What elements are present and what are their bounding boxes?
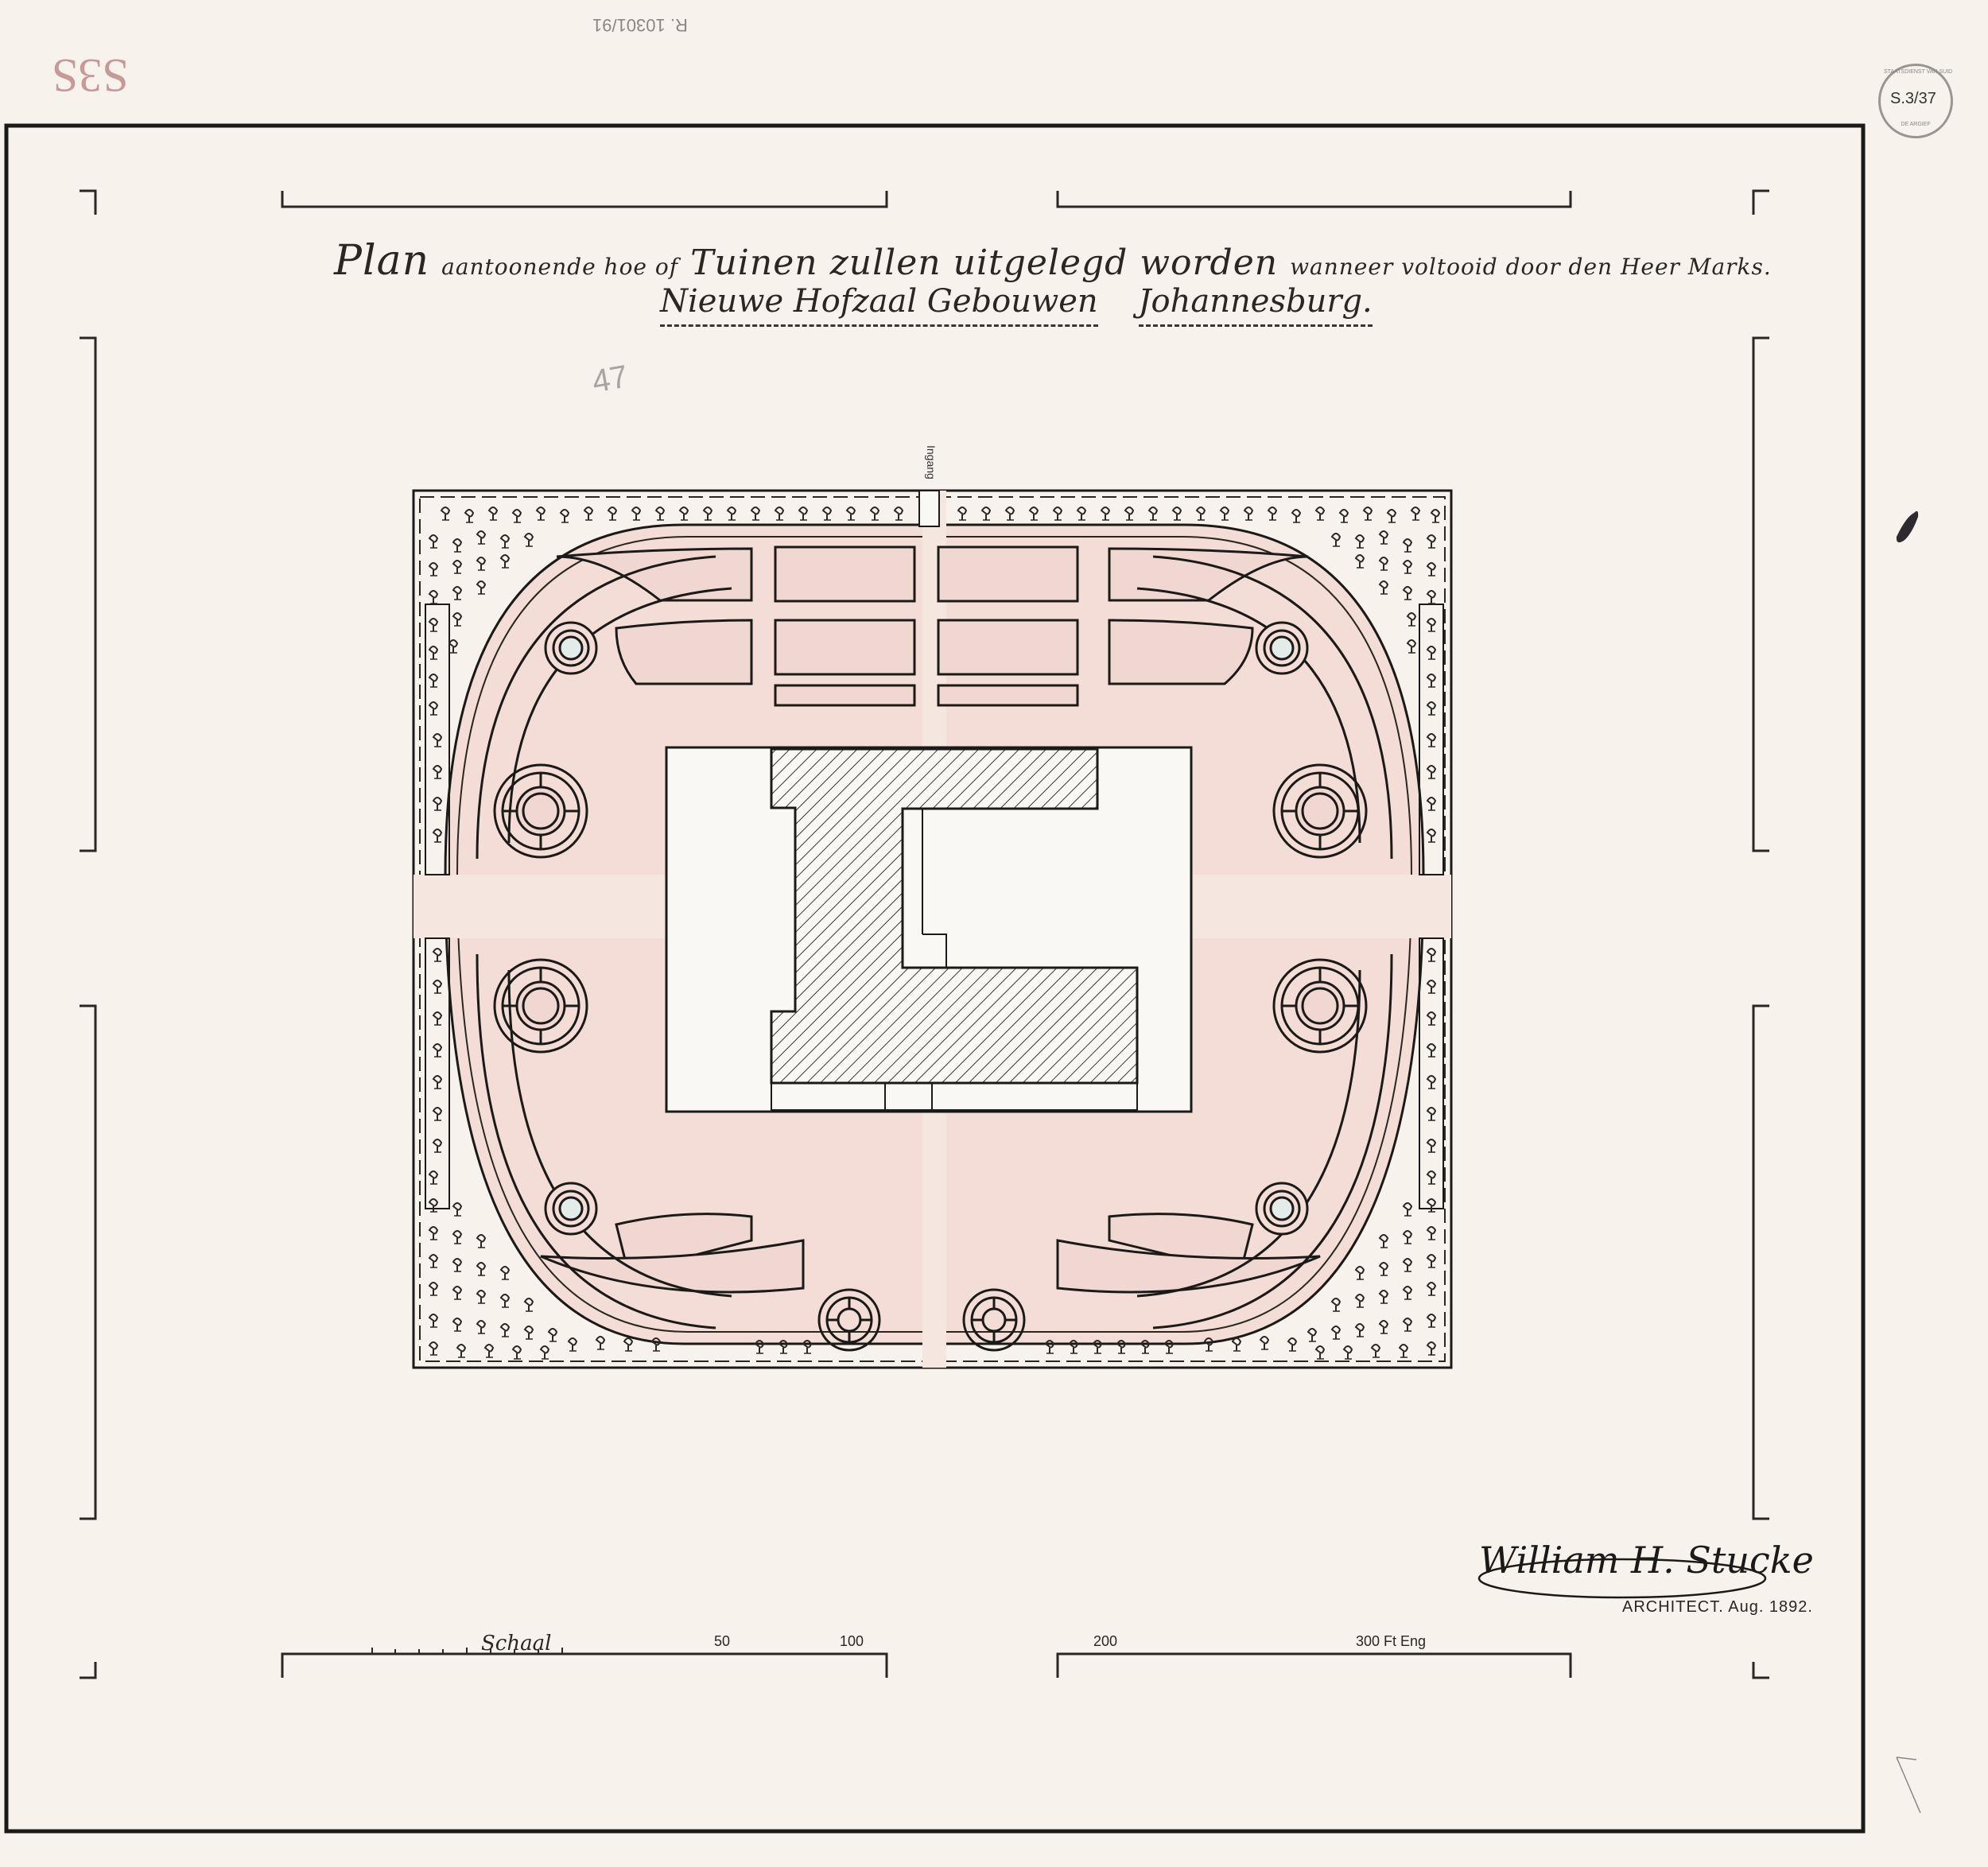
stamp-ring-text-bottom: DE ARGIEF <box>1884 122 1947 127</box>
archive-reference: R. 10301/91 <box>592 14 688 35</box>
title-city: Johannesburg. <box>1139 283 1373 327</box>
red-pencil-number: S3S <box>52 48 129 103</box>
stamp-ring-text-top: STAATSDIENST VAN SUID <box>1884 69 1947 75</box>
scale-tick-200: 200 <box>1093 1633 1117 1650</box>
scale-tick-100: 100 <box>840 1633 864 1650</box>
archive-stamp: STAATSDIENST VAN SUID S.3/37 DE ARGIEF <box>1878 64 1953 138</box>
signature-caption: ARCHITECT. Aug. 1892. <box>1622 1598 1813 1617</box>
title-line-1: Plan aantoonende hoe of Tuinen zullen ui… <box>334 237 1772 285</box>
title-word-plan: Plan <box>334 237 429 285</box>
title-phrase-wanneer: wanneer voltooid door den Heer Marks. <box>1290 254 1772 280</box>
scale-tick-50: 50 <box>714 1633 730 1650</box>
ink-blot <box>1897 511 1918 542</box>
title-building-name: Nieuwe Hofzaal Gebouwen <box>660 283 1098 327</box>
stamp-number: S.3/37 <box>1890 90 1936 108</box>
scale-bar-lines <box>282 1648 1571 1678</box>
entrance-label: Ingang <box>925 445 938 479</box>
title-line-2: Nieuwe Hofzaal Gebouwen Johannesburg. <box>660 283 1373 320</box>
pencil-annotation: 47 <box>589 359 631 400</box>
scale-label: Schaal <box>481 1632 551 1655</box>
scale-tick-300: 300 Ft Eng <box>1356 1633 1426 1650</box>
title-phrase-tuinen: Tuinen zullen uitgelegd worden <box>690 243 1278 283</box>
entrance-gate <box>919 491 939 526</box>
drawing-sheet: S3S R. 10301/91 STAATSDIENST VAN SUID S.… <box>0 0 1988 1867</box>
title-phrase-aantoonende: aantoonende hoe of <box>441 254 678 280</box>
architect-signature: William H. Stucke <box>1479 1539 1814 1582</box>
